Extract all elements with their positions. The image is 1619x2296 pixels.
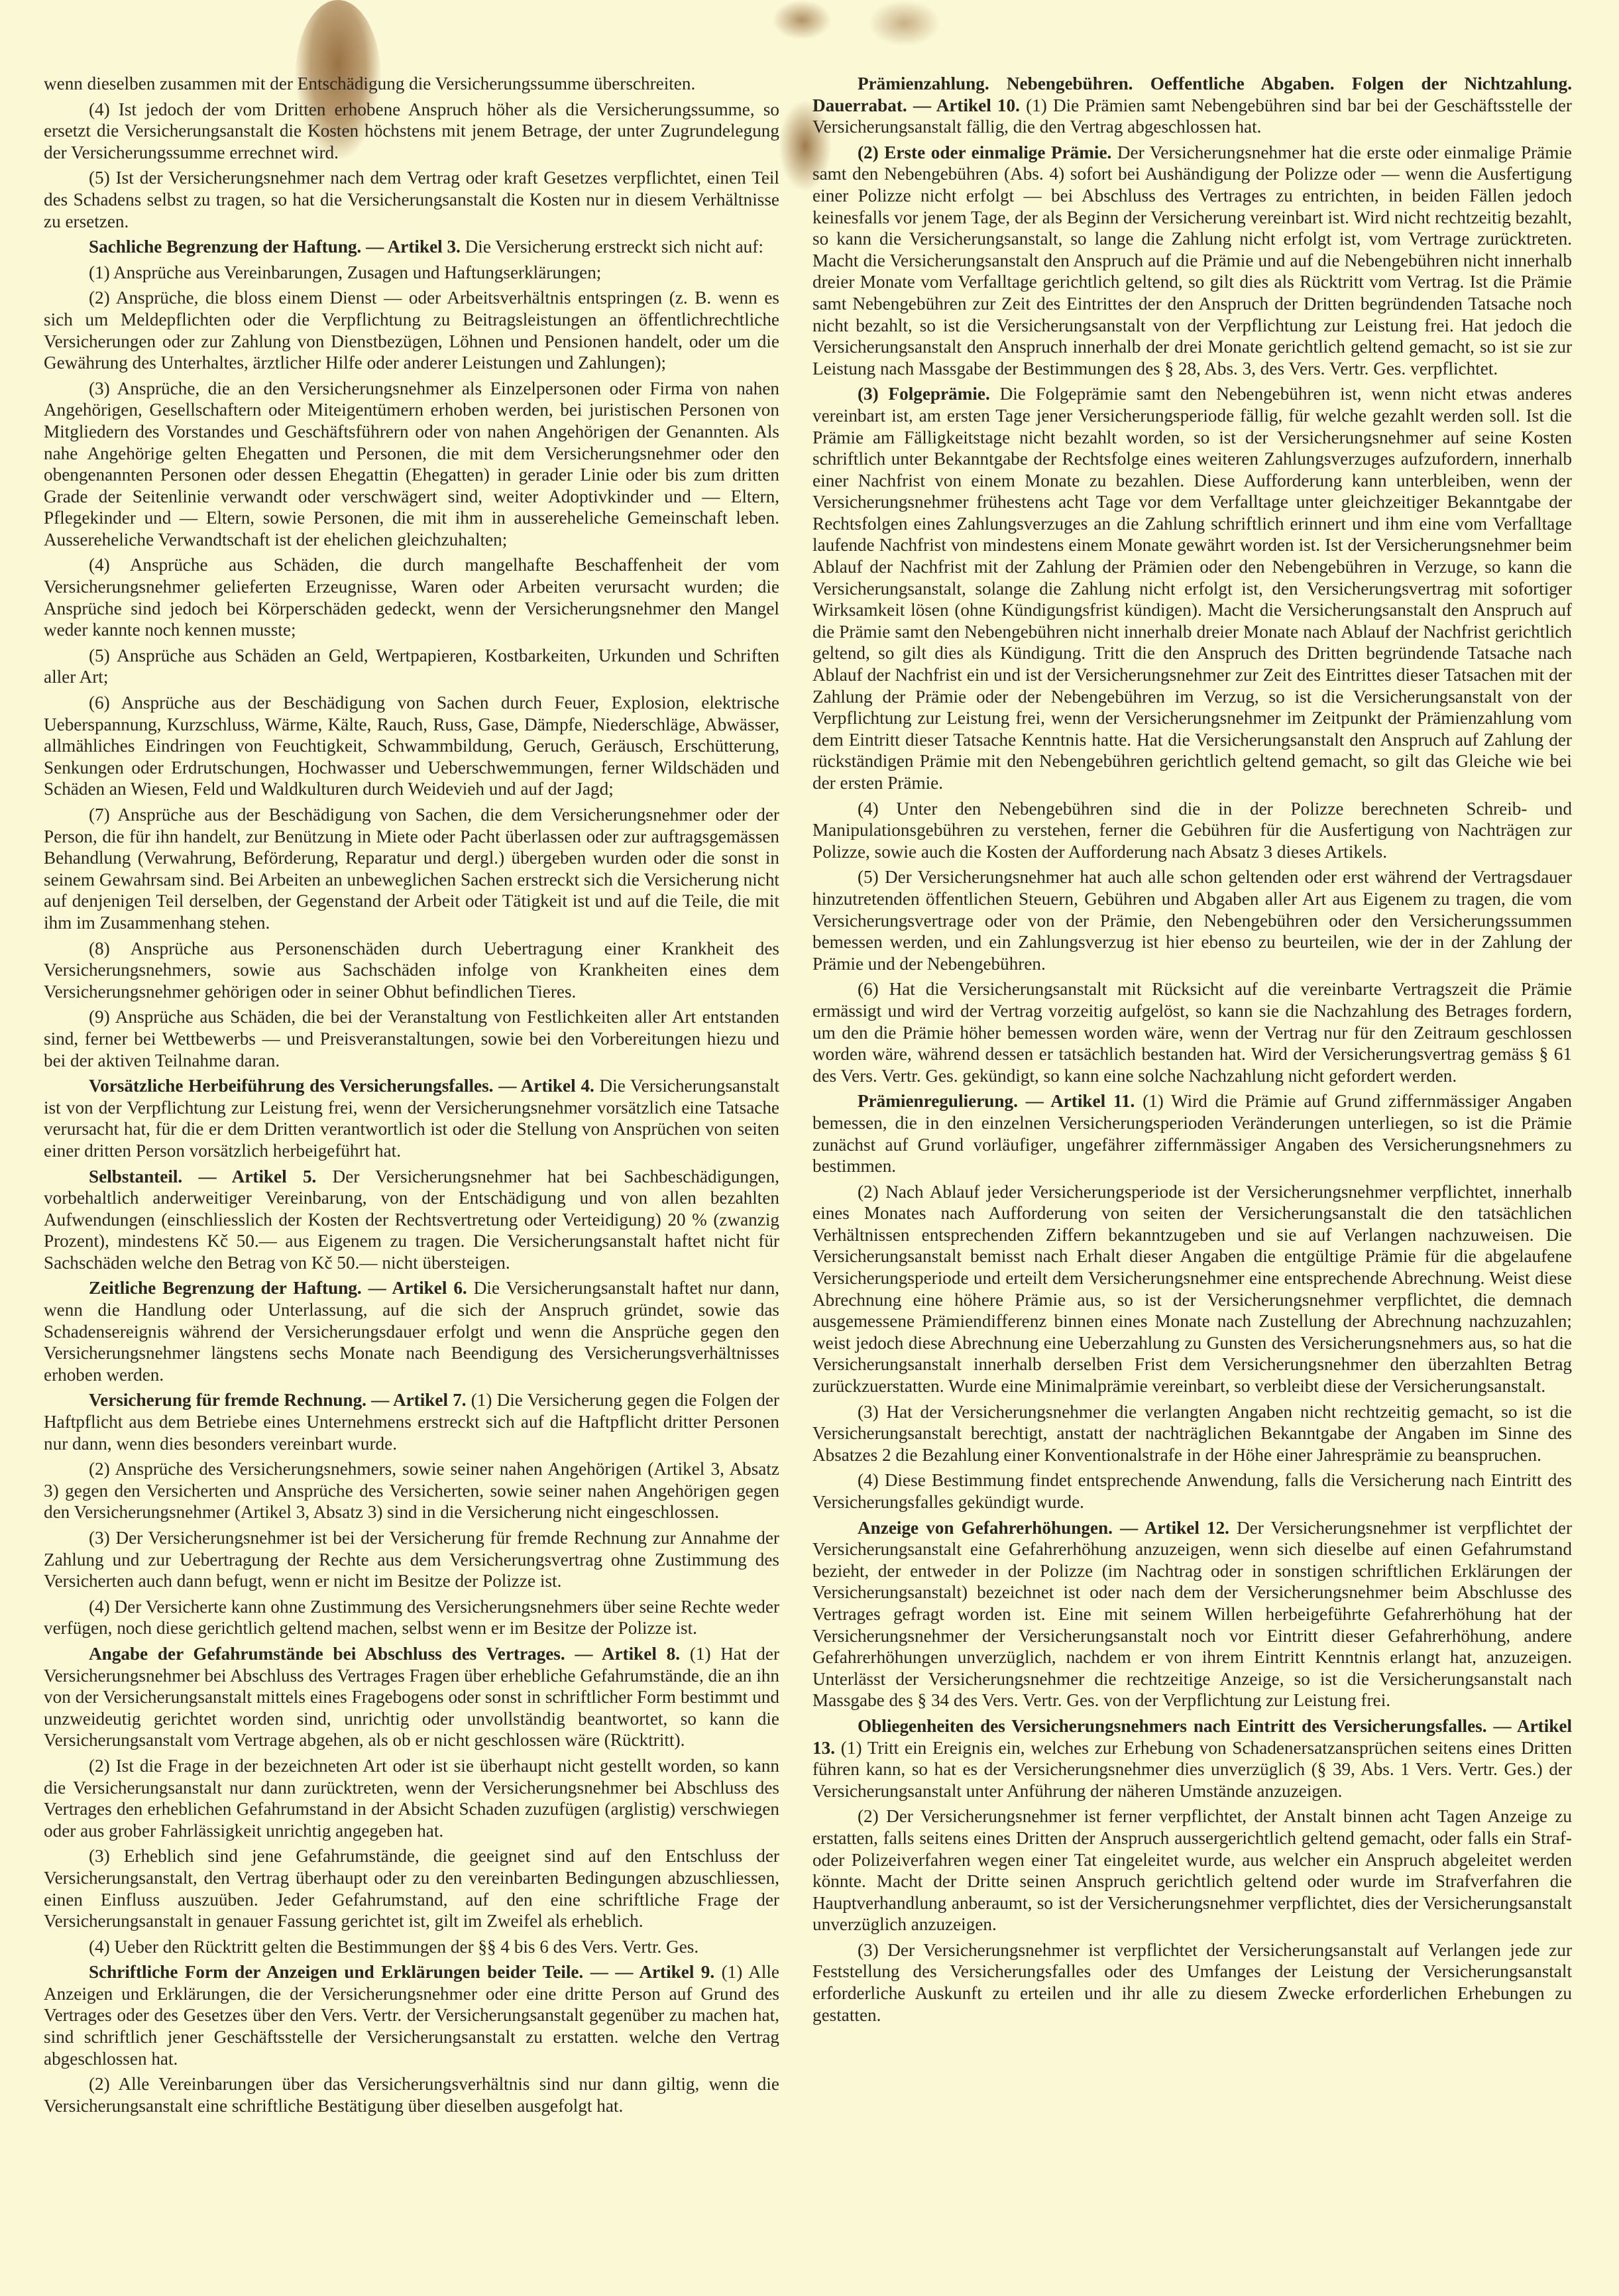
paragraph: (4) Der Versicherte kann ohne Zustimmung… xyxy=(44,1596,779,1639)
paragraph: (3) Der Versicherungsnehmer ist bei der … xyxy=(44,1527,779,1592)
paragraph-text: (4) Ueber den Rücktritt gelten die Besti… xyxy=(89,1937,698,1957)
paragraph: (2) Alle Vereinbarungen über das Versich… xyxy=(44,2073,779,2116)
paragraph: (3) Ansprüche, die an den Versicherungsn… xyxy=(44,378,779,551)
paragraph-text: (1) Tritt ein Ereignis ein, welches zur … xyxy=(812,1738,1572,1801)
paragraph: (2) Ansprüche des Versicherungsnehmers, … xyxy=(44,1458,779,1523)
paragraph-text: Die Folgeprämie samt den Nebengebühren i… xyxy=(812,384,1572,793)
paragraph: (4) Unter den Nebengebühren sind die in … xyxy=(812,798,1572,863)
paragraph: (5) Ansprüche aus Schäden an Geld, Wertp… xyxy=(44,645,779,688)
paragraph-text: (4) Der Versicherte kann ohne Zustimmung… xyxy=(44,1597,779,1638)
paragraph-text: (8) Ansprüche aus Personenschäden durch … xyxy=(44,939,779,1002)
coffee-stain xyxy=(868,0,941,46)
article-heading: (3) Folgeprämie. xyxy=(858,384,990,404)
paragraph: Versicherung für fremde Rechnung. — Arti… xyxy=(44,1389,779,1454)
paragraph-text: (2) Alle Vereinbarungen über das Versich… xyxy=(44,2074,779,2116)
paragraph: Schriftliche Form der Anzeigen und Erklä… xyxy=(44,1961,779,2069)
paragraph-text: (1) Ansprüche aus Vereinbarungen, Zusage… xyxy=(89,262,601,282)
paragraph: (8) Ansprüche aus Personenschäden durch … xyxy=(44,938,779,1003)
paragraph: (3) Der Versicherungsnehmer ist verpflic… xyxy=(812,1939,1572,2026)
paragraph: Angabe der Gefahrumstände bei Abschluss … xyxy=(44,1643,779,1751)
paragraph: (4) Ueber den Rücktritt gelten die Besti… xyxy=(44,1936,779,1958)
paragraph-text: (5) Der Versicherungsnehmer hat auch all… xyxy=(812,867,1572,973)
paragraph: (5) Ist der Versicherungsnehmer nach dem… xyxy=(44,167,779,232)
article-heading: Schriftliche Form der Anzeigen und Erklä… xyxy=(89,1962,714,1982)
coffee-stain xyxy=(772,0,832,40)
right-column: Prämienzahlung. Nebengebühren. Oeffentli… xyxy=(812,73,1572,2030)
paragraph-text: (2) Der Versicherungsnehmer ist ferner v… xyxy=(812,1806,1572,1934)
paragraph: (6) Ansprüche aus der Beschädigung von S… xyxy=(44,692,779,800)
paragraph-text: (2) Ansprüche, die bloss einem Dienst — … xyxy=(44,288,779,373)
paragraph: (5) Der Versicherungsnehmer hat auch all… xyxy=(812,866,1572,974)
paragraph-text: wenn dieselben zusammen mit der Entschäd… xyxy=(44,74,695,93)
paragraph-text: (4) Unter den Nebengebühren sind die in … xyxy=(812,799,1572,862)
paragraph: (3) Folgeprämie. Die Folgeprämie samt de… xyxy=(812,383,1572,793)
paragraph-text: Die Versicherung erstreckt sich nicht au… xyxy=(461,237,763,257)
paragraph: (4) Ansprüche aus Schäden, die durch man… xyxy=(44,554,779,640)
paragraph-text: (2) Ansprüche des Versicherungsnehmers, … xyxy=(44,1459,779,1522)
paragraph-text: (3) Hat der Versicherungsnehmer die verl… xyxy=(812,1402,1572,1465)
paragraph: Obliegenheiten des Versicherungsnehmers … xyxy=(812,1715,1572,1802)
left-column: wenn dieselben zusammen mit der Entschäd… xyxy=(44,73,779,2120)
paragraph-text: (7) Ansprüche aus der Beschädigung von S… xyxy=(44,805,779,933)
paragraph: Sachliche Begrenzung der Haftung. — Arti… xyxy=(44,236,779,258)
paragraph: (6) Hat die Versicherungsanstalt mit Rüc… xyxy=(812,978,1572,1086)
paragraph-text: (3) Der Versicherungsnehmer ist bei der … xyxy=(44,1528,779,1591)
article-heading: Versicherung für fremde Rechnung. — Arti… xyxy=(89,1390,467,1410)
paragraph-text: (5) Ist der Versicherungsnehmer nach dem… xyxy=(44,168,779,231)
paragraph-text: (3) Der Versicherungsnehmer ist verpflic… xyxy=(812,1940,1572,2025)
article-heading: Zeitliche Begrenzung der Haftung. — Arti… xyxy=(89,1278,467,1298)
paragraph: (2) Nach Ablauf jeder Versicherungsperio… xyxy=(812,1181,1572,1397)
paragraph-text: (4) Diese Bestimmung findet entsprechend… xyxy=(812,1470,1572,1512)
article-heading: Anzeige von Gefahrerhöhungen. — Artikel … xyxy=(858,1518,1229,1538)
paragraph: (9) Ansprüche aus Schäden, die bei der V… xyxy=(44,1006,779,1071)
paragraph-text: (2) Nach Ablauf jeder Versicherungsperio… xyxy=(812,1182,1572,1396)
paragraph-text: (5) Ansprüche aus Schäden an Geld, Wertp… xyxy=(44,646,779,687)
paragraph-text: (4) Ist jedoch der vom Dritten erhobene … xyxy=(44,99,779,162)
paragraph: (1) Ansprüche aus Vereinbarungen, Zusage… xyxy=(44,262,779,284)
paragraph-text: Der Versicherungsnehmer ist verpflichtet… xyxy=(812,1518,1572,1711)
article-heading: Sachliche Begrenzung der Haftung. — Arti… xyxy=(89,237,461,257)
paragraph-text: (9) Ansprüche aus Schäden, die bei der V… xyxy=(44,1007,779,1070)
article-heading: Vorsätzliche Herbeiführung des Versicher… xyxy=(89,1076,594,1096)
paragraph: (3) Hat der Versicherungsnehmer die verl… xyxy=(812,1401,1572,1466)
paragraph: Anzeige von Gefahrerhöhungen. — Artikel … xyxy=(812,1517,1572,1711)
paragraph: (2) Ist die Frage in der bezeichneten Ar… xyxy=(44,1755,779,1841)
paragraph: Selbstanteil. — Artikel 5. Der Versicher… xyxy=(44,1166,779,1274)
article-heading: Selbstanteil. — Artikel 5. xyxy=(89,1167,316,1186)
paragraph: Prämienzahlung. Nebengebühren. Oeffentli… xyxy=(812,73,1572,138)
article-heading: (2) Erste oder einmalige Prämie. xyxy=(858,143,1111,162)
paragraph: (2) Ansprüche, die bloss einem Dienst — … xyxy=(44,287,779,373)
paragraph: (2) Der Versicherungsnehmer ist ferner v… xyxy=(812,1806,1572,1935)
paragraph-text: (4) Ansprüche aus Schäden, die durch man… xyxy=(44,555,779,640)
paragraph-text: (2) Ist die Frage in der bezeichneten Ar… xyxy=(44,1756,779,1841)
paragraph-text: (3) Ansprüche, die an den Versicherungsn… xyxy=(44,378,779,549)
paragraph-text: (6) Ansprüche aus der Beschädigung von S… xyxy=(44,693,779,799)
paragraph: (7) Ansprüche aus der Beschädigung von S… xyxy=(44,804,779,934)
paragraph: Prämienregulierung. — Artikel 11. (1) Wi… xyxy=(812,1090,1572,1177)
paragraph-text: (3) Erheblich sind jene Gefahrumstände, … xyxy=(44,1846,779,1931)
paragraph: (3) Erheblich sind jene Gefahrumstände, … xyxy=(44,1845,779,1931)
paragraph: Vorsätzliche Herbeiführung des Versicher… xyxy=(44,1075,779,1161)
article-heading: Prämienregulierung. — Artikel 11. xyxy=(858,1091,1135,1111)
paragraph: (4) Ist jedoch der vom Dritten erhobene … xyxy=(44,99,779,164)
paragraph: Zeitliche Begrenzung der Haftung. — Arti… xyxy=(44,1277,779,1385)
paragraph: wenn dieselben zusammen mit der Entschäd… xyxy=(44,73,779,95)
paragraph-text: (6) Hat die Versicherungsanstalt mit Rüc… xyxy=(812,979,1572,1085)
paragraph: (4) Diese Bestimmung findet entsprechend… xyxy=(812,1469,1572,1513)
paragraph: (2) Erste oder einmalige Prämie. Der Ver… xyxy=(812,142,1572,380)
article-heading: Angabe der Gefahrumstände bei Abschluss … xyxy=(89,1644,680,1664)
paragraph-text: Der Versicherungsnehmer hat die erste od… xyxy=(812,143,1572,378)
